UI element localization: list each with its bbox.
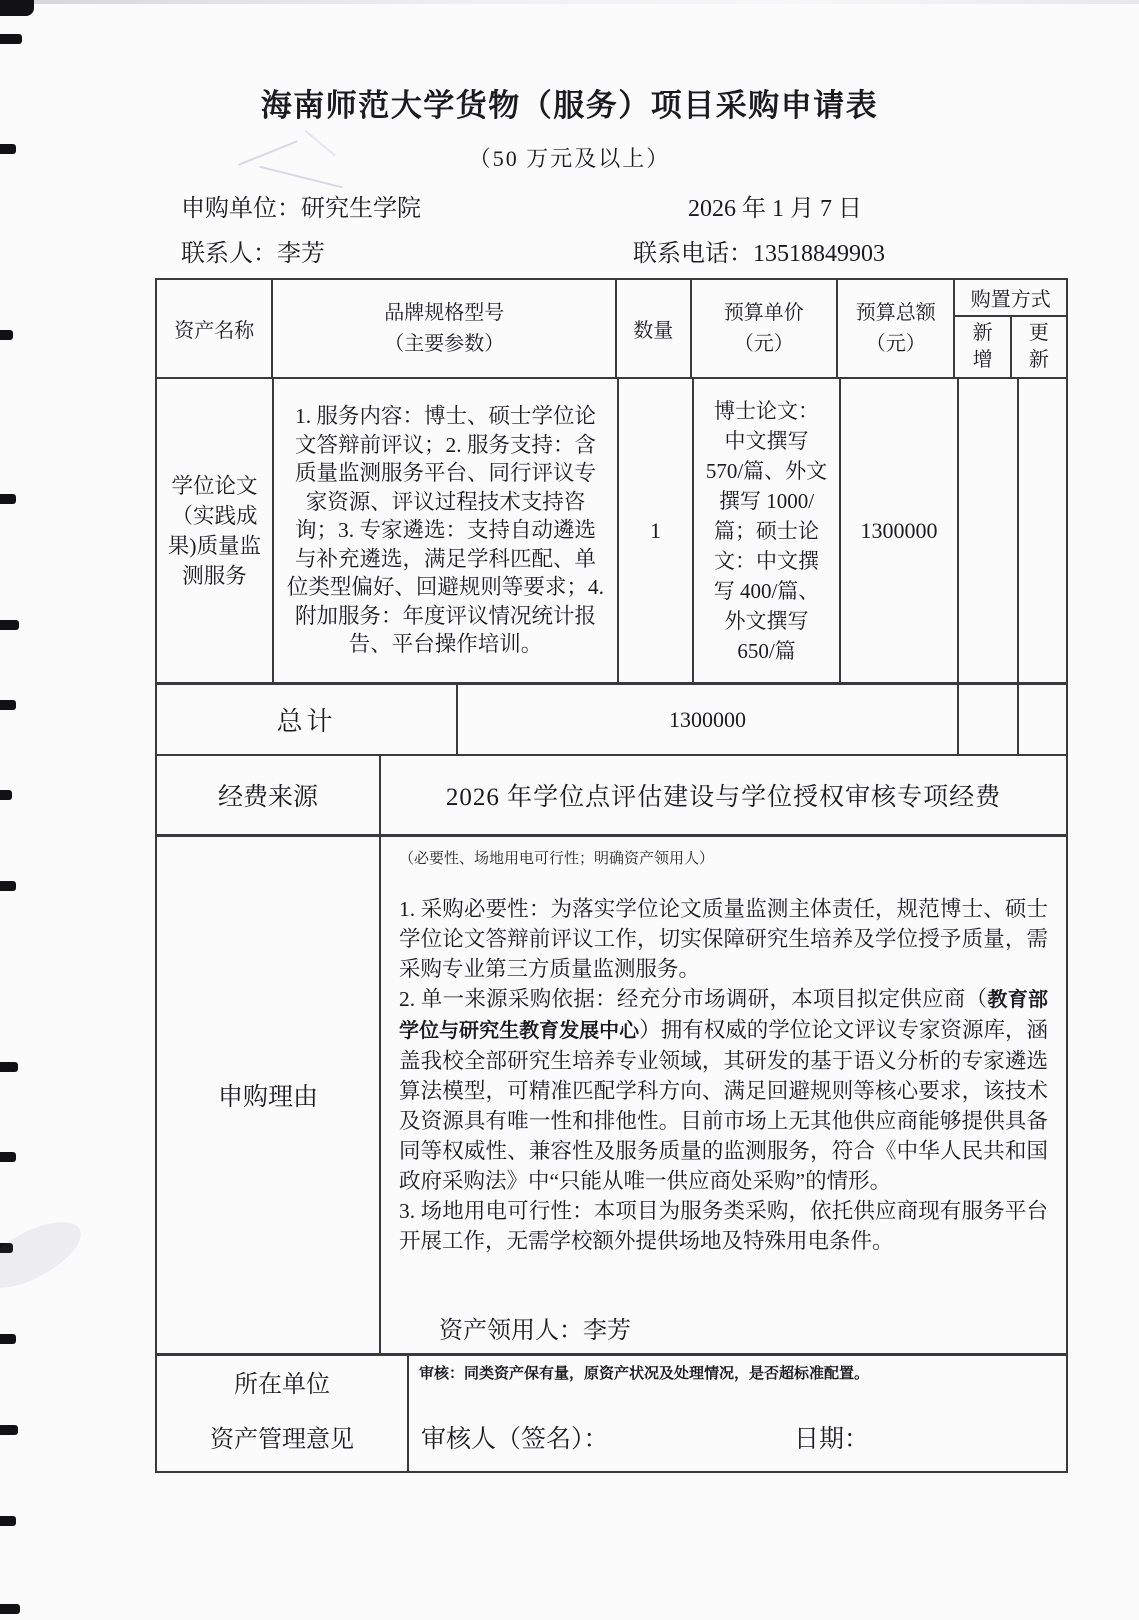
header-method-new: 新增 xyxy=(955,317,1009,377)
scan-artifact xyxy=(0,1516,16,1526)
header-unit-price: 预算单价 （元） xyxy=(690,280,836,377)
applicant-unit-label: 申购单位： xyxy=(181,196,301,222)
scan-artifact xyxy=(0,881,16,891)
unit-opinion-label-line1: 所在单位 xyxy=(234,1370,330,1400)
item-method-new-cell xyxy=(957,379,1017,682)
total-method-new-cell xyxy=(957,685,1017,754)
scanned-document-page: 海南师范大学货物（服务）项目采购申请表 （50 万元及以上） 申购单位：研究生学… xyxy=(0,0,1139,1620)
item-spec: 1. 服务内容：博士、硕士学位论文答辩前评议；2. 服务支持：含质量监测服务平台… xyxy=(272,379,617,682)
asset-recipient-value: 李芳 xyxy=(583,1318,631,1344)
asset-recipient-label: 资产领用人： xyxy=(439,1318,583,1344)
unit-opinion-content: 审核：同类资产保有量，原资产状况及处理情况，是否超标准配置。 审核人（签名）： … xyxy=(407,1356,1066,1471)
review-note: 审核：同类资产保有量，原资产状况及处理情况，是否超标准配置。 xyxy=(419,1362,1056,1383)
reason-row: 申购理由 （必要性、场地用电可行性；明确资产领用人） 1. 采购必要性：为落实学… xyxy=(157,834,1066,1353)
scan-artifact xyxy=(0,790,12,800)
phone-value: 13518849903 xyxy=(753,241,885,267)
header-brand-spec: 品牌规格型号 （主要参数） xyxy=(271,280,614,377)
reason-label: 申购理由 xyxy=(157,837,379,1353)
procurement-table: 资产名称 品牌规格型号 （主要参数） 数量 预算单价 （元） 预算总额 （元） … xyxy=(155,278,1068,1473)
header-method-update: 更新 xyxy=(1010,317,1066,377)
total-method-update-cell xyxy=(1017,685,1066,754)
application-date: 2026 年 1 月 7 日 xyxy=(688,188,862,223)
scan-artifact xyxy=(0,620,19,630)
applicant-unit-line: 申购单位：研究生学院 xyxy=(181,188,421,223)
reason-paragraph-2-post: ）拥有权威的学位论文评议专家资源库，涵盖我校全部研究生培养专业领域，其研发的基于… xyxy=(399,1018,1048,1193)
header-asset-name: 资产名称 xyxy=(157,280,271,377)
scan-artifact xyxy=(0,1604,20,1614)
contact-line: 联系人：李芳 xyxy=(181,233,325,268)
total-label: 总计 xyxy=(157,685,456,754)
reason-paragraph-2: 2. 单一来源采购依据：经充分市场调研，本项目拟定供应商（教育部学位与研究生教育… xyxy=(399,984,1048,1196)
asset-recipient-line: 资产领用人：李芳 xyxy=(399,1310,1048,1345)
total-row: 总计 1300000 xyxy=(157,682,1066,754)
unit-opinion-label-line2: 资产管理意见 xyxy=(210,1425,354,1455)
header-purchase-method-title: 购置方式 xyxy=(955,280,1066,317)
unit-opinion-row: 所在单位 资产管理意见 审核：同类资产保有量，原资产状况及处理情况，是否超标准配… xyxy=(157,1353,1066,1471)
scan-artifact xyxy=(0,330,13,340)
header-method-new-label: 新增 xyxy=(972,320,994,374)
scan-artifact xyxy=(0,1062,18,1072)
header-brand-spec-line2: （主要参数） xyxy=(384,329,504,360)
funding-row: 经费来源 2026 年学位点评估建设与学位授权审核专项经费 xyxy=(157,754,1066,834)
scan-artifact xyxy=(0,700,16,710)
scan-artifact xyxy=(0,1425,18,1435)
scan-artifact xyxy=(0,1209,90,1301)
item-row: 学位论文（实践成果)质量监测服务 1. 服务内容：博士、硕士学位论文答辩前评议；… xyxy=(157,377,1066,682)
item-budget-total: 1300000 xyxy=(839,379,957,682)
scan-artifact xyxy=(0,34,22,44)
applicant-unit-value: 研究生学院 xyxy=(301,196,421,222)
header-brand-spec-line1: 品牌规格型号 xyxy=(384,298,504,329)
page-subtitle: （50 万元及以上） xyxy=(0,142,1139,173)
header-budget-total-line1: 预算总额 xyxy=(856,298,936,329)
funding-value: 2026 年学位点评估建设与学位授权审核专项经费 xyxy=(379,756,1066,834)
reason-hint: （必要性、场地用电可行性；明确资产领用人） xyxy=(399,847,1048,868)
contact-label: 联系人： xyxy=(181,241,277,267)
header-unit-price-line1: 预算单价 xyxy=(724,298,804,329)
header-budget-total-line2: （元） xyxy=(866,329,926,360)
reason-content: （必要性、场地用电可行性；明确资产领用人） 1. 采购必要性：为落实学位论文质量… xyxy=(379,837,1066,1353)
item-method-update-cell xyxy=(1017,379,1066,682)
reason-paragraph-1: 1. 采购必要性：为落实学位论文质量监测主体责任，规范博士、硕士学位论文答辩前评… xyxy=(399,894,1048,984)
scan-artifact xyxy=(0,0,1139,4)
phone-line: 联系电话：13518849903 xyxy=(633,233,885,268)
date-label: 日期： xyxy=(794,1419,869,1455)
header-unit-price-line2: （元） xyxy=(734,329,794,360)
scan-artifact xyxy=(0,1334,16,1344)
reason-paragraph-2-pre: 2. 单一来源采购依据：经充分市场调研，本项目拟定供应商（ xyxy=(399,987,987,1011)
scan-artifact xyxy=(0,0,34,16)
contact-value: 李芳 xyxy=(277,241,325,267)
phone-label: 联系电话： xyxy=(633,241,753,267)
table-header-row: 资产名称 品牌规格型号 （主要参数） 数量 预算单价 （元） 预算总额 （元） … xyxy=(157,280,1066,377)
header-budget-total: 预算总额 （元） xyxy=(836,280,953,377)
signer-label: 审核人（签名）： xyxy=(421,1419,609,1455)
header-quantity: 数量 xyxy=(615,280,690,377)
item-asset-name: 学位论文（实践成果)质量监测服务 xyxy=(157,379,272,682)
scan-artifact xyxy=(0,1152,16,1162)
header-purchase-method: 购置方式 新增 更新 xyxy=(953,280,1066,377)
funding-label: 经费来源 xyxy=(157,756,379,834)
header-method-update-label: 更新 xyxy=(1028,320,1050,374)
total-value: 1300000 xyxy=(456,685,957,754)
unit-opinion-label: 所在单位 资产管理意见 xyxy=(157,1356,407,1471)
reason-text: 1. 采购必要性：为落实学位论文质量监测主体责任，规范博士、硕士学位论文答辩前评… xyxy=(399,894,1048,1256)
header-purchase-method-options: 新增 更新 xyxy=(955,317,1066,377)
item-unit-price: 博士论文：中文撰写 570/篇、外文撰写 1000/篇；硕士论文：中文撰写 40… xyxy=(692,379,839,682)
page-title: 海南师范大学货物（服务）项目采购申请表 xyxy=(0,80,1139,125)
reason-paragraph-3: 3. 场地用电可行性：本项目为服务类采购，依托供应商现有服务平台开展工作，无需学… xyxy=(399,1196,1048,1256)
item-quantity: 1 xyxy=(617,379,692,682)
scan-artifact xyxy=(0,494,16,504)
